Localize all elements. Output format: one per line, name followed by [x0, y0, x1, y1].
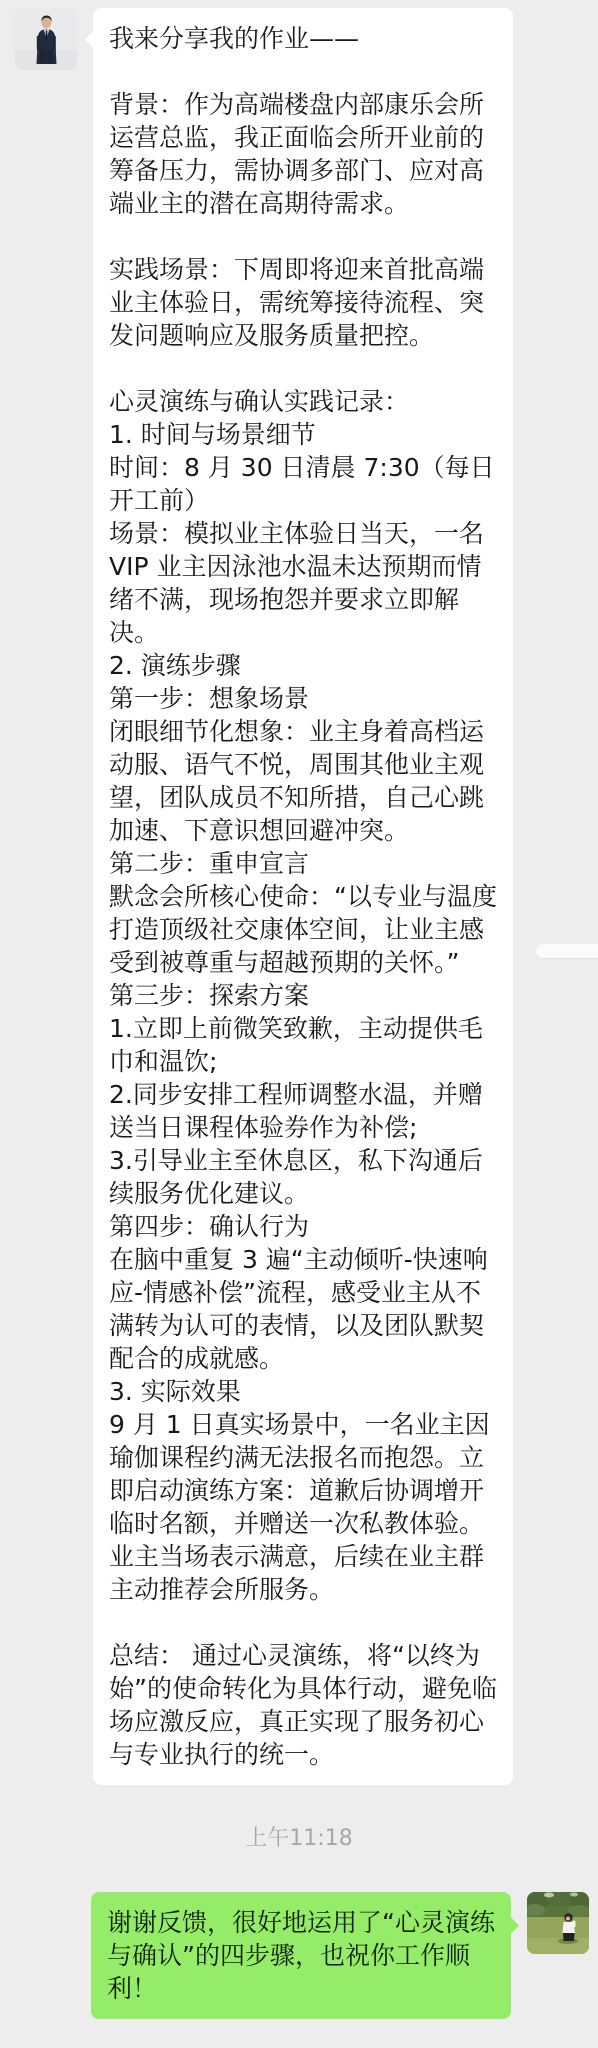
incoming-message-text: 我来分享我的作业—— 背景：作为高端楼盘内部康乐会所运营总监，我正面临会所开业前… — [109, 22, 497, 1771]
man-in-suit-avatar-icon — [15, 8, 77, 70]
woman-in-field-avatar-icon — [527, 1892, 589, 1954]
timestamp-label: 上午11:18 — [0, 1821, 598, 1852]
incoming-bubble-tail — [85, 29, 106, 50]
outgoing-bubble-tail — [498, 1915, 519, 1936]
outgoing-message-text: 谢谢反馈，很好地运用了“心灵演练与确认”的四步骤，也祝你工作顺利！ — [107, 1906, 495, 2005]
chat-screen: 我来分享我的作业—— 背景：作为高端楼盘内部康乐会所运营总监，我正面临会所开业前… — [0, 0, 598, 2048]
contact-avatar[interactable] — [15, 8, 77, 70]
incoming-message-bubble[interactable]: 我来分享我的作业—— 背景：作为高端楼盘内部康乐会所运营总监，我正面临会所开业前… — [93, 8, 513, 1785]
self-avatar[interactable] — [527, 1892, 589, 1954]
outgoing-message-bubble[interactable]: 谢谢反馈，很好地运用了“心灵演练与确认”的四步骤，也祝你工作顺利！ — [91, 1892, 511, 2019]
outgoing-message-row: 谢谢反馈，很好地运用了“心灵演练与确认”的四步骤，也祝你工作顺利！ — [0, 1892, 598, 2019]
scroll-indicator — [536, 944, 598, 958]
incoming-message-row: 我来分享我的作业—— 背景：作为高端楼盘内部康乐会所运营总监，我正面临会所开业前… — [0, 0, 598, 1785]
